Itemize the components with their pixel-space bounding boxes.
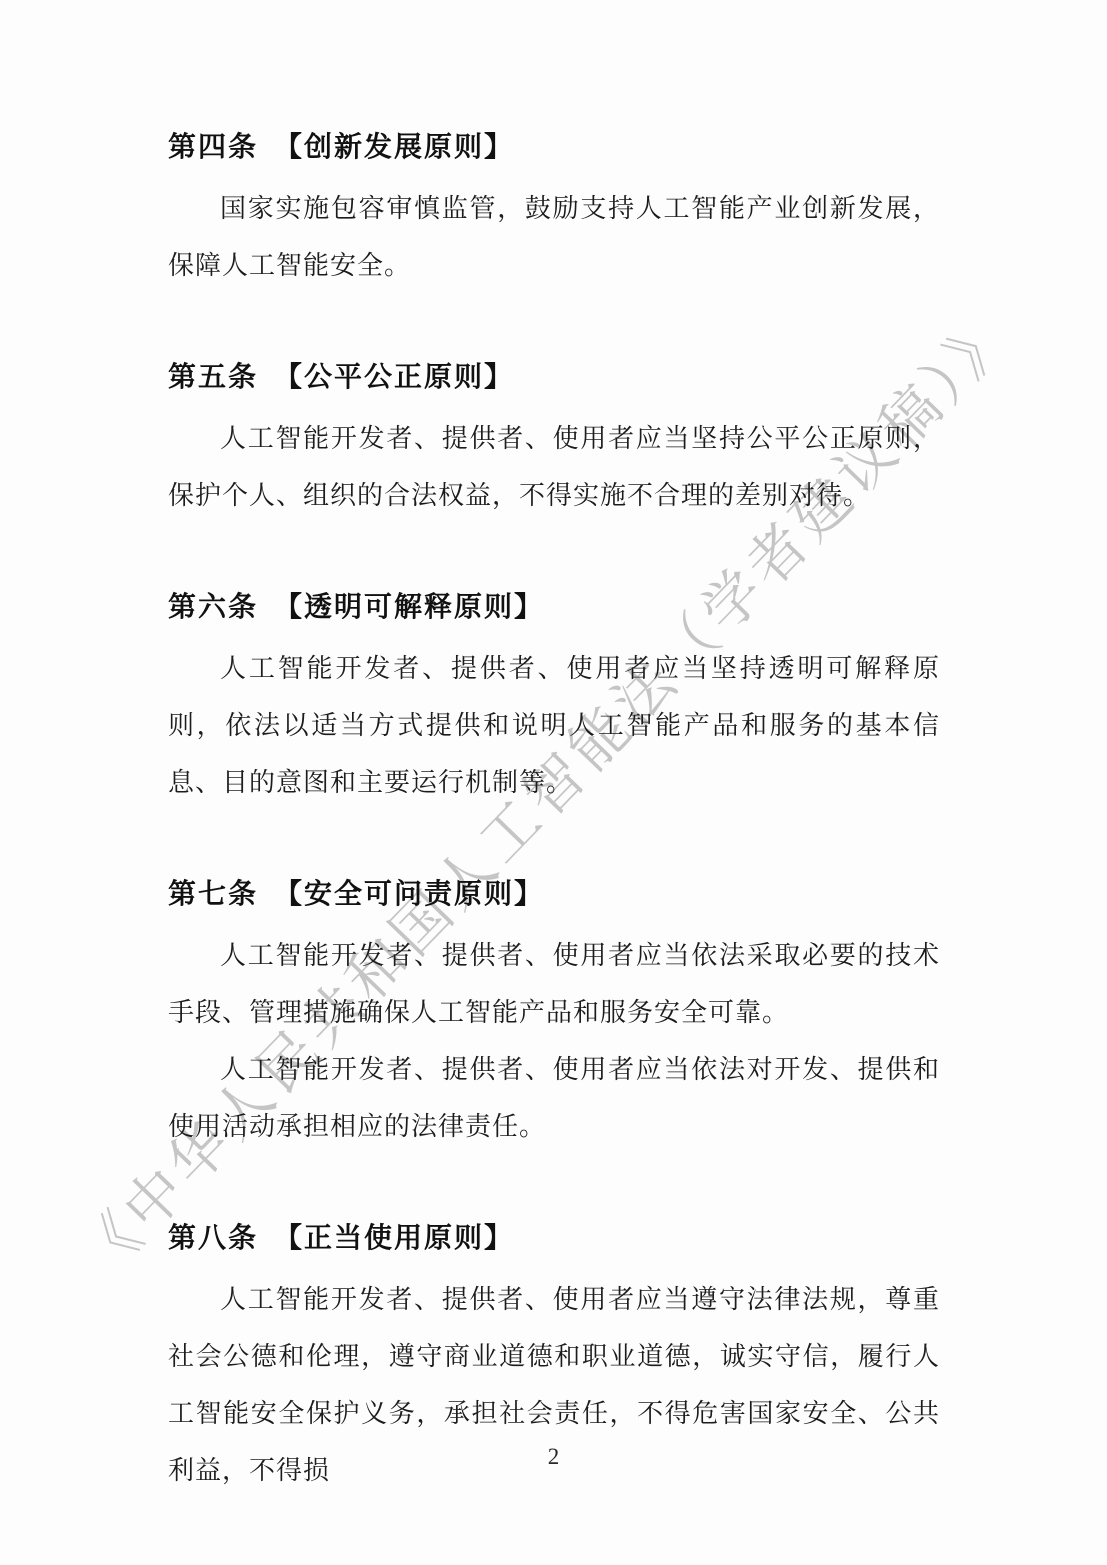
document-page: 《中华人民共和国人工智能法（学者建议稿）》 第四条 【创新发展原则】 国家实施包… (0, 0, 1107, 1565)
article-paragraph: 人工智能开发者、提供者、使用者应当依法采取必要的技术手段、管理措施确保人工智能产… (168, 927, 940, 1041)
article-heading: 第五条 【公平公正原则】 (168, 360, 940, 396)
article-heading: 第六条 【透明可解释原则】 (168, 590, 940, 626)
article-paragraph: 人工智能开发者、提供者、使用者应当依法对开发、提供和使用活动承担相应的法律责任。 (168, 1041, 940, 1155)
article-section-5: 第五条 【公平公正原则】 人工智能开发者、提供者、使用者应当坚持公平公正原则，保… (168, 360, 940, 524)
article-paragraph: 国家实施包容审慎监管，鼓励支持人工智能产业创新发展，保障人工智能安全。 (168, 180, 940, 294)
article-paragraph: 人工智能开发者、提供者、使用者应当坚持公平公正原则，保护个人、组织的合法权益，不… (168, 410, 940, 524)
article-heading: 第四条 【创新发展原则】 (168, 130, 940, 166)
article-heading: 第八条 【正当使用原则】 (168, 1221, 940, 1257)
article-section-6: 第六条 【透明可解释原则】 人工智能开发者、提供者、使用者应当坚持透明可解释原则… (168, 590, 940, 811)
article-section-7: 第七条 【安全可问责原则】 人工智能开发者、提供者、使用者应当依法采取必要的技术… (168, 877, 940, 1155)
article-section-4: 第四条 【创新发展原则】 国家实施包容审慎监管，鼓励支持人工智能产业创新发展，保… (168, 130, 940, 294)
page-number: 2 (0, 1444, 1107, 1470)
document-body: 第四条 【创新发展原则】 国家实施包容审慎监管，鼓励支持人工智能产业创新发展，保… (168, 130, 940, 1499)
article-paragraph: 人工智能开发者、提供者、使用者应当坚持透明可解释原则，依法以适当方式提供和说明人… (168, 640, 940, 811)
article-heading: 第七条 【安全可问责原则】 (168, 877, 940, 913)
